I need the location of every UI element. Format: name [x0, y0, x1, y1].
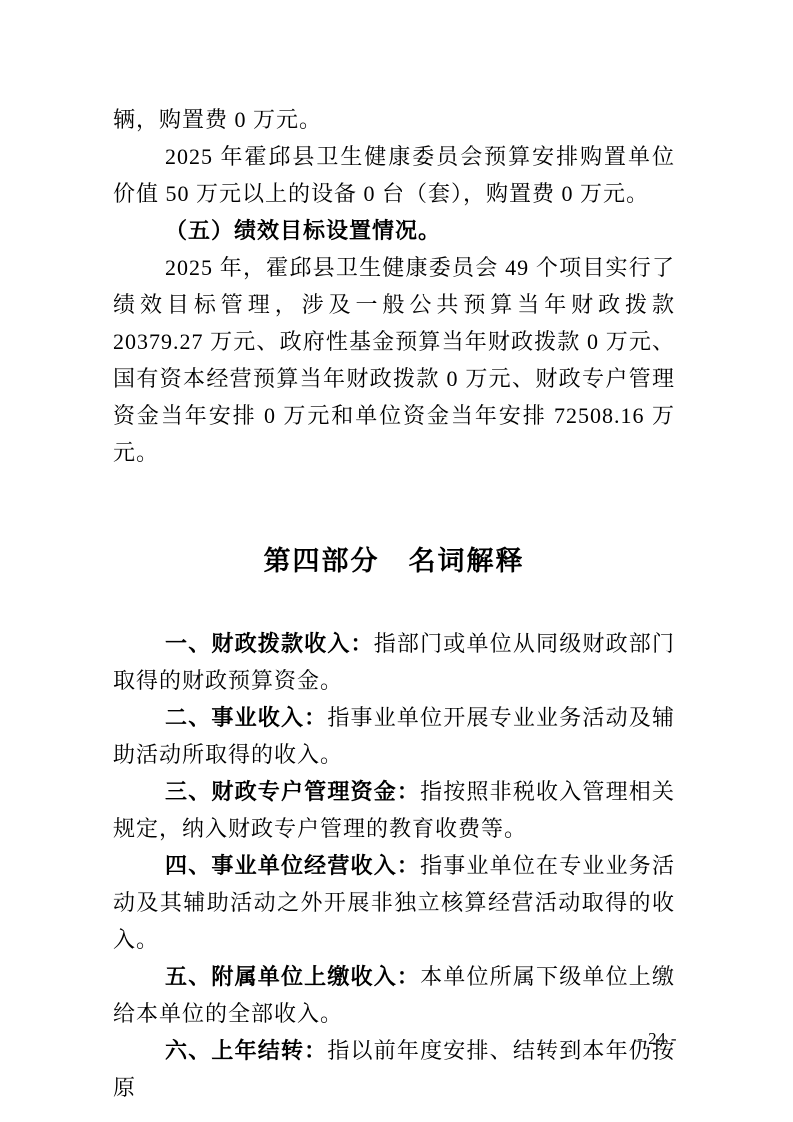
- definition-item-6: 六、上年结转：指以前年度安排、结转到本年仍按原: [113, 1032, 675, 1106]
- definition-item-3: 三、财政专户管理资金：指按照非税收入管理相关规定，纳入财政专户管理的教育收费等。: [113, 773, 675, 847]
- paragraph-performance-target-heading: （五）绩效目标设置情况。: [113, 212, 675, 249]
- definition-item-5: 五、附属单位上缴收入：本单位所属下级单位上缴给本单位的全部收入。: [113, 958, 675, 1032]
- definition-term: 四、事业单位经营收入：: [165, 853, 420, 878]
- document-page: 辆，购置费 0 万元。 2025 年霍邱县卫生健康委员会预算安排购置单位价值 5…: [0, 0, 793, 1122]
- definition-term: 三、财政专户管理资金：: [165, 779, 420, 804]
- definition-term: 二、事业收入：: [165, 705, 327, 730]
- paragraph-performance-target-body: 2025 年，霍邱县卫生健康委员会 49 个项目实行了绩效目标管理，涉及一般公共…: [113, 249, 675, 471]
- document-body: 辆，购置费 0 万元。 2025 年霍邱县卫生健康委员会预算安排购置单位价值 5…: [113, 101, 675, 1106]
- definition-item-4: 四、事业单位经营收入：指事业单位在专业业务活动及其辅助活动之外开展非独立核算经营…: [113, 847, 675, 958]
- section-heading-part-four: 第四部分 名词解释: [113, 541, 675, 581]
- paragraph-equipment-purchase: 2025 年霍邱县卫生健康委员会预算安排购置单位价值 50 万元以上的设备 0 …: [113, 138, 675, 212]
- definition-term: 五、附属单位上缴收入：: [165, 964, 420, 989]
- definition-term: 一、财政拨款收入：: [165, 631, 374, 656]
- definition-item-1: 一、财政拨款收入：指部门或单位从同级财政部门取得的财政预算资金。: [113, 625, 675, 699]
- page-number: - 24 -: [637, 1029, 677, 1049]
- definition-term: 六、上年结转：: [165, 1038, 327, 1063]
- definition-item-2: 二、事业收入：指事业单位开展专业业务活动及辅助活动所取得的收入。: [113, 699, 675, 773]
- paragraph-vehicle-purchase-carryover: 辆，购置费 0 万元。: [113, 101, 675, 138]
